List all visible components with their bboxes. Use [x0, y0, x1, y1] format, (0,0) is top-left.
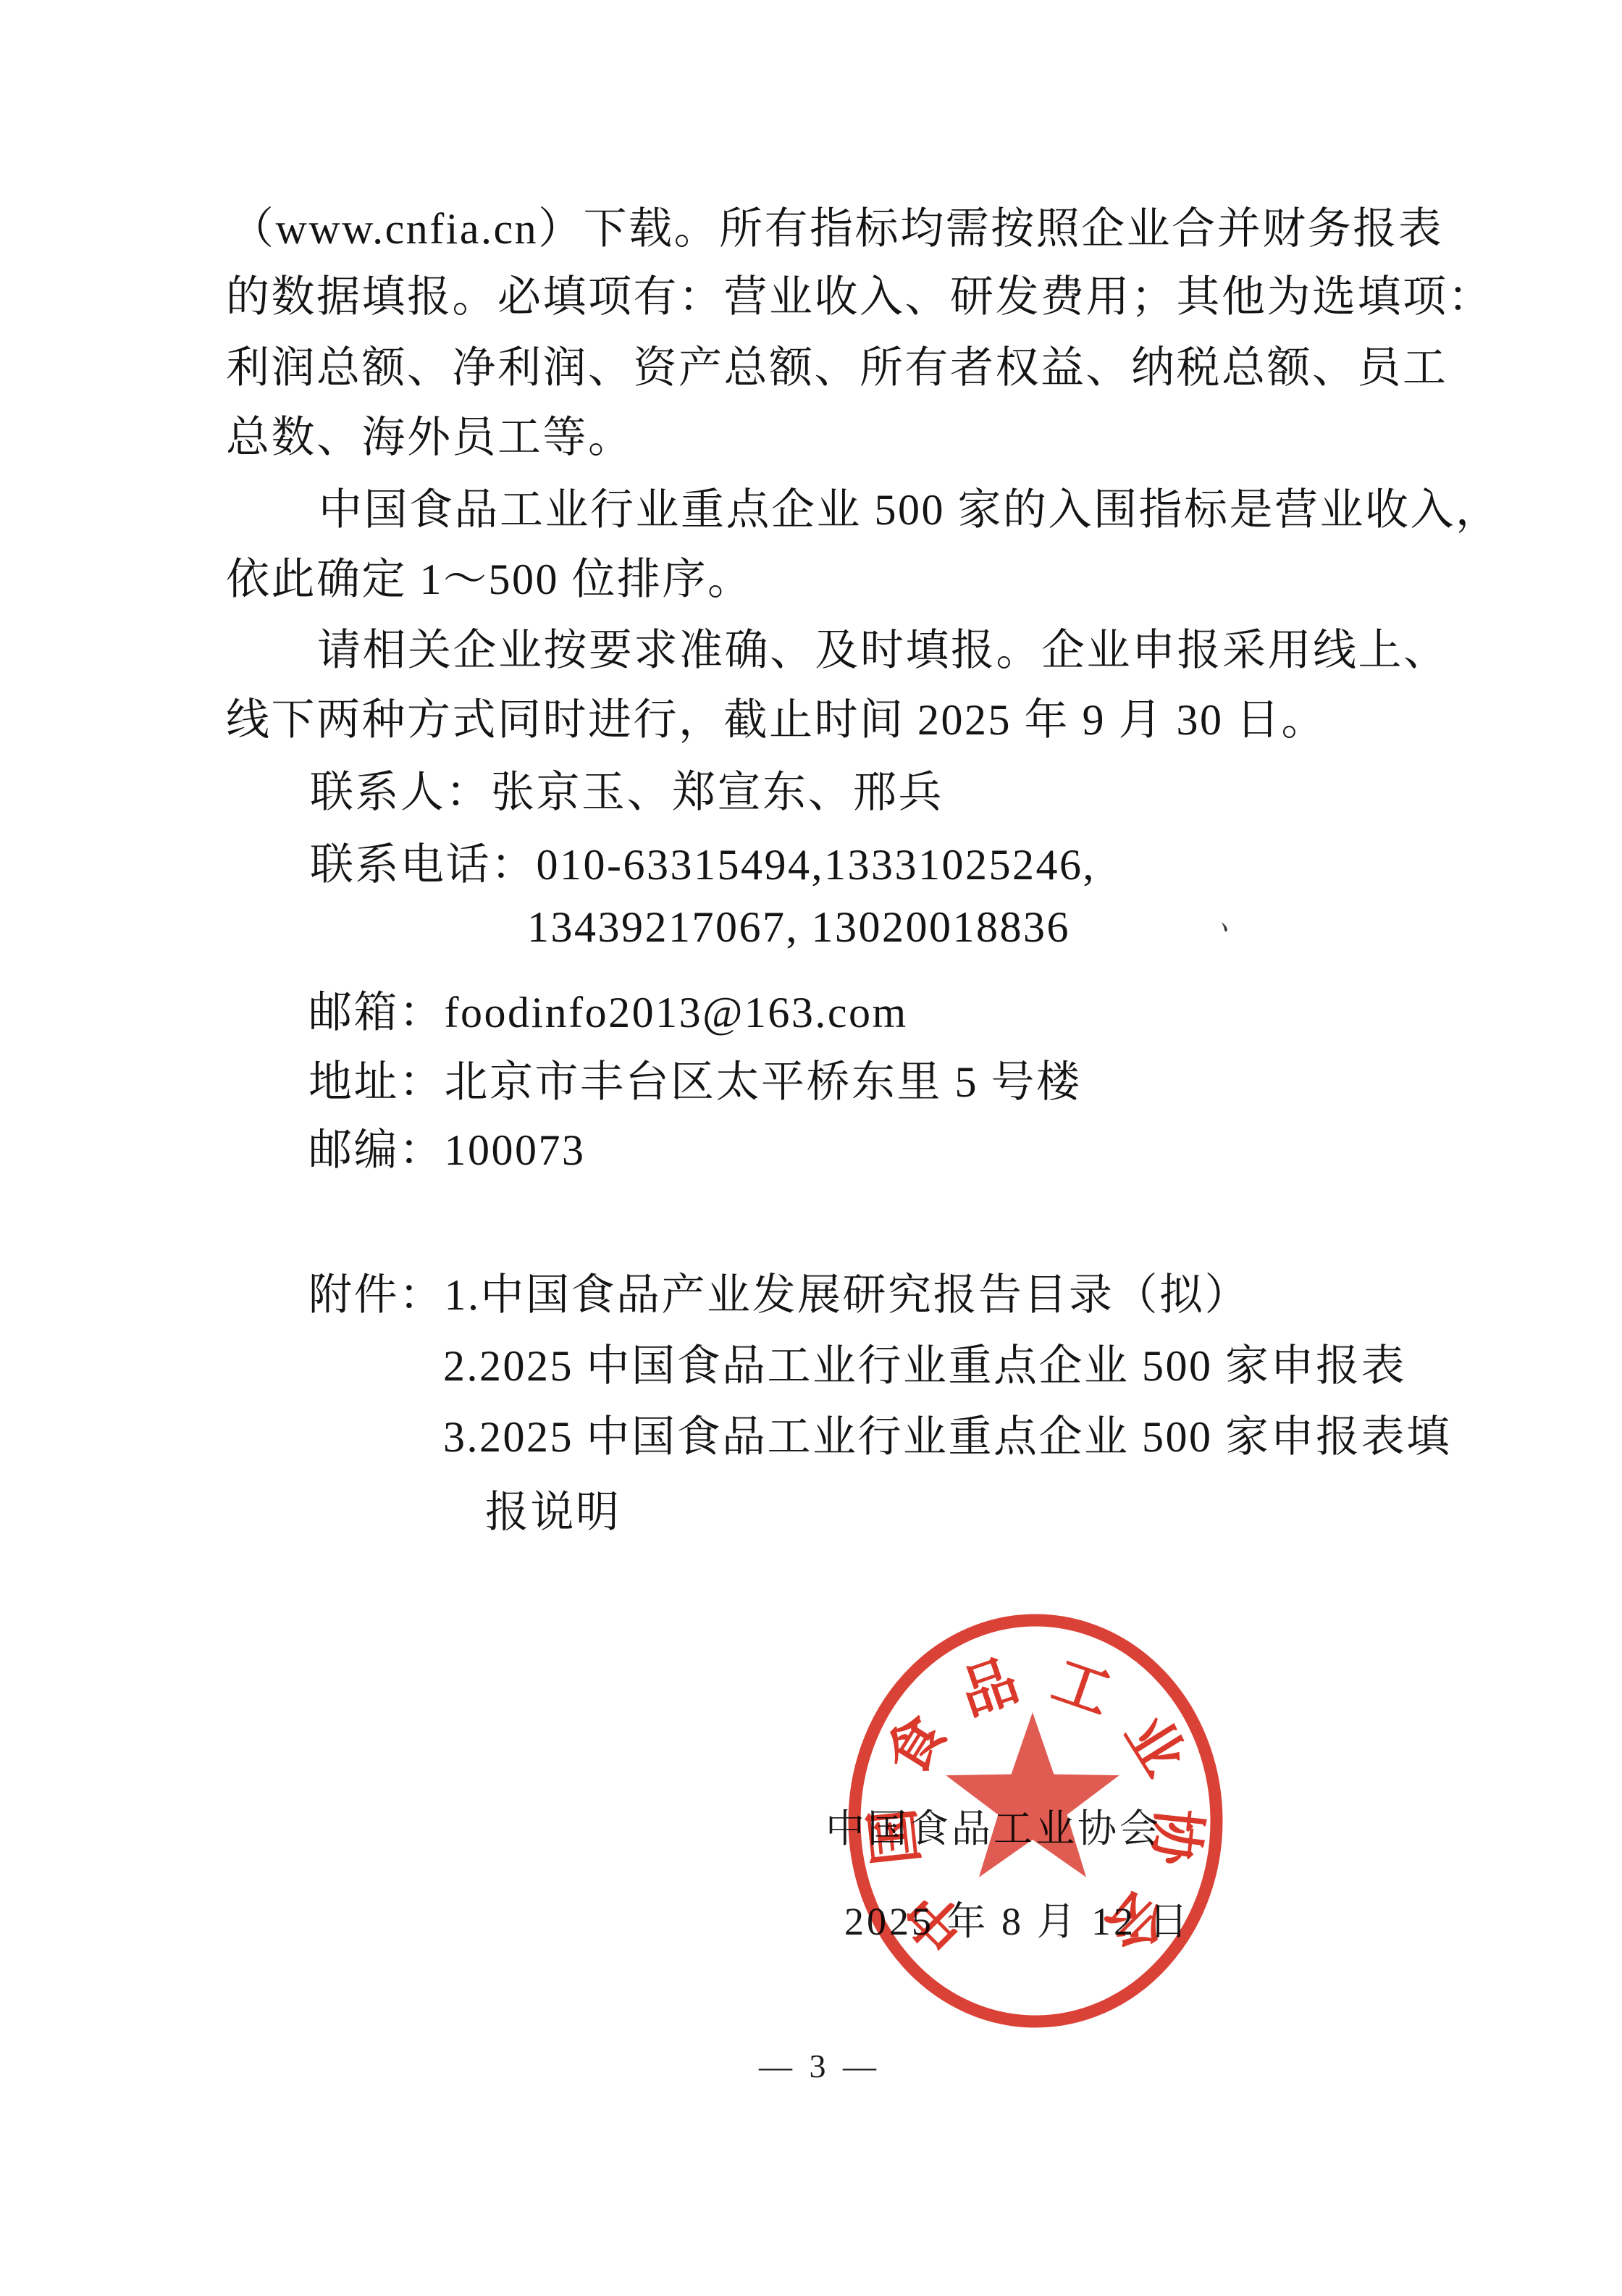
attachment-line-3-cont: 报说明	[485, 1478, 621, 1540]
attachment-line-1: 附件：1.中国食品产业发展研究报告目录（拟）	[308, 1260, 1250, 1323]
contact-postcode-line: 邮编：100073	[308, 1115, 586, 1178]
star-icon	[946, 1712, 1119, 1877]
body-line: 依此确定 1～500 位排序。	[226, 545, 753, 607]
body-line: （www.cnfia.cn）下载。所有指标均需按照企业合并财务报表	[230, 194, 1443, 256]
scan-artifact-mark: 、	[1216, 896, 1257, 944]
seal-char: 协	[1141, 1806, 1210, 1871]
attachment-line-3: 3.2025 中国食品工业行业重点企业 500 家申报表填	[443, 1402, 1452, 1465]
body-line: 的数据填报。必填项有：营业收入、研发费用；其他为选填项：	[226, 262, 1493, 324]
document-page: （www.cnfia.cn）下载。所有指标均需按照企业合并财务报表 的数据填报。…	[0, 0, 1622, 2296]
body-line: 中国食品工业行业重点企业 500 家的入围指标是营业收入，	[319, 475, 1501, 537]
body-line: 线下两种方式同时进行，截止时间 2025 年 9 月 30 日。	[226, 685, 1327, 747]
attachment-line-2: 2.2025 中国食品工业行业重点企业 500 家申报表	[443, 1331, 1406, 1394]
body-line: 总数、海外员工等。	[226, 403, 634, 465]
contact-person-line: 联系人：张京玉、郑宣东、邢兵	[310, 758, 944, 820]
official-seal: 中 国 食 品 工 业 协 会	[839, 1609, 1234, 2034]
seal-char: 国	[861, 1806, 930, 1869]
contact-address-line: 地址：北京市丰台区太平桥东里 5 号楼	[308, 1047, 1082, 1110]
body-line: 请相关企业按要求准确、及时填报。企业申报采用线上、	[317, 616, 1449, 678]
seal-char: 品	[952, 1648, 1026, 1727]
seal-char: 会	[1093, 1879, 1178, 1964]
page-number: — 3 —	[759, 2047, 881, 2085]
contact-phone-line: 联系电话：010-63315494,13331025246,	[310, 830, 1096, 892]
contact-phone-line2: 13439217067, 13020018836	[527, 902, 1070, 952]
body-line: 利润总额、净利润、资产总额、所有者权益、纳税总额、员工	[226, 333, 1448, 395]
seal-char: 中	[894, 1879, 978, 1964]
seal-char: 工	[1045, 1648, 1119, 1727]
contact-email-line: 邮箱：foodinfo2013@163.com	[308, 978, 908, 1040]
